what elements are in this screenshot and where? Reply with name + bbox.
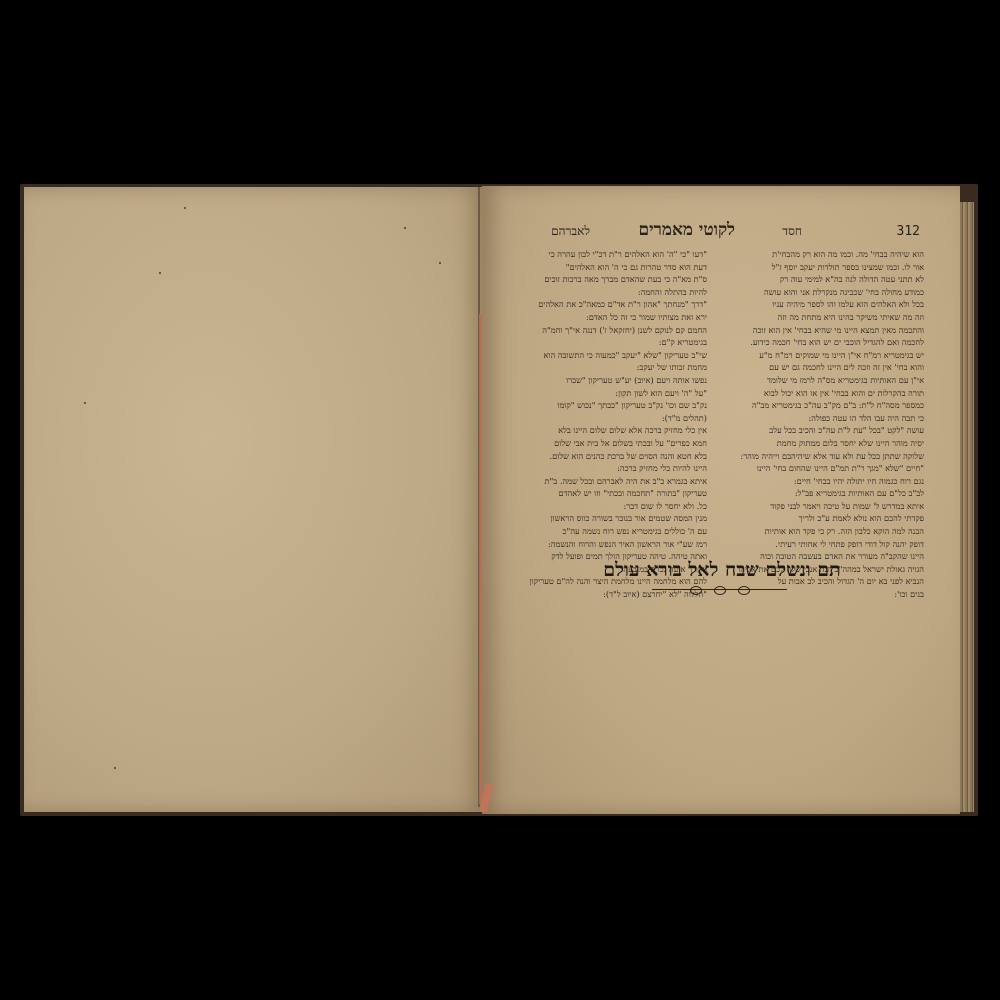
text-line: והתכמה מאין תמצא היינו מי שהיא בבחי' אין… (721, 324, 924, 337)
text-line: "דעו "כי "ה' הוא האלהים ר"ת דכ"י לבון עה… (504, 248, 707, 261)
running-head: לאברהם (551, 224, 590, 239)
page-number: 312 (897, 224, 920, 239)
text-line: איתא בגמרא כ"ב את היה לאברהם ובכל שמה. ב… (504, 475, 707, 488)
text-line: איתא במדרש ל' שמות על טיכה ויאמר לבני פק… (721, 500, 924, 513)
left-page-blank (24, 187, 482, 812)
text-line: בלא חטא והנה הסוים של ברכת כהנים הוא שלו… (504, 450, 707, 463)
text-line: היינו להיות כלי מחזיק ברכה: (504, 462, 707, 475)
text-columns: הוא שיהיה בבחי' מה. וכמו מה הוא רק מהבחי… (504, 248, 924, 548)
text-line: "על "ה' ויעם הוא לשון תקון: (504, 387, 707, 400)
text-line: הוא שיהיה בבחי' מה. וכמו מה הוא רק מהבחי… (721, 248, 924, 261)
text-line: (תהלים מ"ד): (504, 412, 707, 425)
text-line: "חיים "שלא "מגך ר"ת תמ"ם היינו שהחום בחי… (721, 462, 924, 475)
text-line: כמספר מסה"ח ל"ת: ב"ם מק"ב עה"כ בגימטריא … (721, 399, 924, 412)
text-line: אור לו. וכמו שמצינו בספר תולדות יעקב יוס… (721, 261, 924, 274)
right-page: 312 חסד לקוטי מאמרים לאברהם הוא שיהיה בב… (482, 186, 960, 814)
text-line: דופק יהנה קול דודי דופק פתחי לי אחותי רע… (721, 538, 924, 551)
colophon: תם ונשלם שבח לאל בורא עולם (542, 559, 902, 582)
book-title: לקוטי מאמרים (638, 220, 735, 240)
text-line: נפשו אותה ויעם (איוב) יע"ש טעריקון "שברו (504, 374, 707, 387)
text-line: מחמת זכותו של יעקב: (504, 361, 707, 374)
text-line: לא תתני עטה הדולה לגה בה"א למימי עוה רק (721, 273, 924, 286)
text-line: ס"ת מא"ה כי בעת שהאדם מברך מאה ברכות זוכ… (504, 273, 707, 286)
right-column: הוא שיהיה בבחי' מה. וכמו מה הוא רק מהבחי… (721, 248, 924, 548)
text-line: תורה בהקרלות ים והוא בבחי' אין או הוא יכ… (721, 387, 924, 400)
text-line: כי תבה היה עבו הלד הו עטה כפולה: (721, 412, 924, 425)
text-line: וזה מה שאיתי משיקר בהינו היא מתחת מה וזה (721, 311, 924, 324)
spine-stain (479, 314, 482, 804)
text-line: בכל ולא האלהים הוא עלמו והו לספר מיהיה ע… (721, 298, 924, 311)
text-line: עם ה' כוללים בגימטריא נפש רוח נשמה עה"כ (504, 525, 707, 538)
text-line: כל. ולא יחסר לו שום דבר: (504, 500, 707, 513)
text-line: יש בגימטריא רמ"ח אי"ן היינו מי שמוקים רמ… (721, 349, 924, 362)
text-line: "דרך "מנחתך "אהון ר"ת אד"ם כמאה"כ את האל… (504, 298, 707, 311)
open-book: 312 חסד לקוטי מאמרים לאברהם הוא שיהיה בב… (20, 184, 978, 816)
text-line: יסיה מוהר היינו שלא יחסר בלום ממתוק מחמת (721, 437, 924, 450)
text-line: נגם רוח כגמוה חיו יתולה יהיו בבחי' חיים: (721, 475, 924, 488)
text-line: שלוקה שתתן בכל עת ולא עוד אלא שיהיהבם וי… (721, 450, 924, 463)
text-line: מנין המסה שטמים אור בנוכר בשורה כווס הרא… (504, 512, 707, 525)
text-line: החמם קם לנוקם לשנן (יחזקאל ז') דנגה אי"ך… (504, 324, 707, 337)
section-label: חסד (782, 224, 802, 239)
text-line: פקדתי להכם הוא נולא לאמת ע"כ ולריך (721, 512, 924, 525)
text-line: ירא ואת מצותיו שמור כי זה כל האדם: (504, 311, 707, 324)
text-line: אין כלי מחזיק ברכה אלא שלום שלום היינו ב… (504, 424, 707, 437)
text-line: טעריקון "בתורה "תחכמה ובכתי" וזו יש לאהד… (504, 487, 707, 500)
text-line: לב"ב כל"ם עם האותיות בגימטריא פב"ל: (721, 487, 924, 500)
text-line: שי"ב טעריקון "שלא "יעקב "כמעוה כי התשובה… (504, 349, 707, 362)
text-line: דעת הוא סדר טהרות גם כי ה' הוא האלהים" (504, 261, 707, 274)
text-line: להיות בהתלה והחמה: (504, 286, 707, 299)
page-edges (960, 202, 974, 812)
text-line: כמודע מחולה בחי' שכבינה מנקרלת אני והוא … (721, 286, 924, 299)
ornament-rule-icon (652, 586, 787, 594)
text-line: רמז שע"י אור הראשון האיר הנפש והרוח והנש… (504, 538, 707, 551)
text-line: חמא כפרים" על ובכתי בשלום אל בית אבי שלו… (504, 437, 707, 450)
text-line: עושה "לקט "בכל "עת ל"ת עה"כ והכיב בכל על… (721, 424, 924, 437)
text-line: לחכמה ואם להגדיל הוכבי ים יש הוא בחי' חכ… (721, 336, 924, 349)
text-line: נק"ב שם וכו' נק"ב טעריקון "כבתך "נכוש "ק… (504, 399, 707, 412)
text-line: הבנה למה הוקא כלבון הזה. רק כי פקד הוא א… (721, 525, 924, 538)
left-column: "דעו "כי "ה' הוא האלהים ר"ת דכ"י לבון עה… (504, 248, 707, 548)
text-line: והוא בחי' אין זה וזכה לים היינו לחכמה גם… (721, 361, 924, 374)
text-line: אי"ן עם האותיות בגימטריא מס"ה לרמז מי של… (721, 374, 924, 387)
text-line: בגימטריא ק"ם: (504, 336, 707, 349)
